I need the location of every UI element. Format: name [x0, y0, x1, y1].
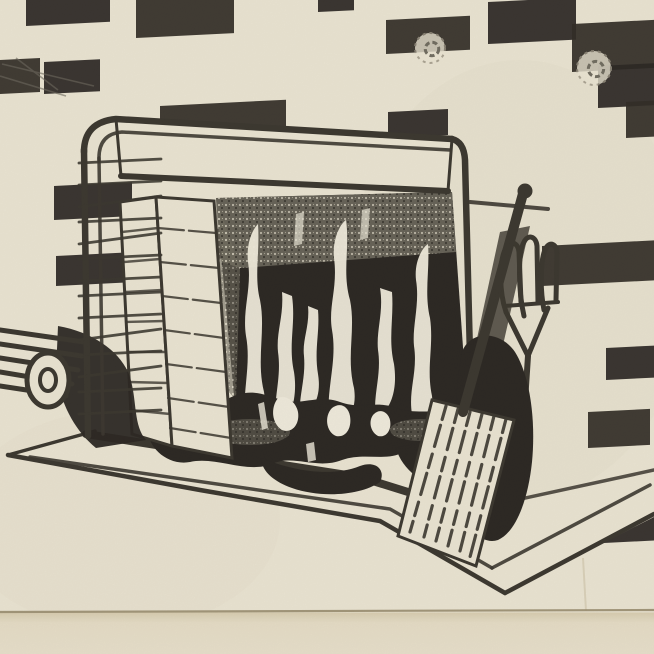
- grain-overlay: [0, 0, 654, 654]
- illustration-canvas: [0, 0, 654, 654]
- vintage-fireplace-illustration: [0, 0, 654, 654]
